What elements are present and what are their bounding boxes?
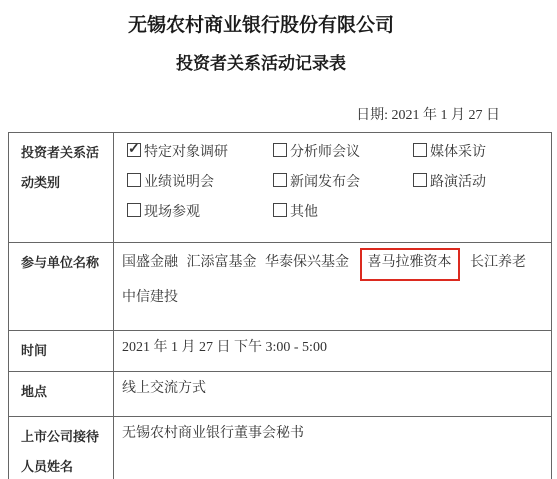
checkbox-icon	[413, 173, 427, 187]
document-header: 无锡农村商业银行股份有限公司 投资者关系活动记录表	[0, 0, 522, 74]
highlighted-participant: 喜马拉雅资本	[360, 248, 460, 281]
option-press-conference: 新闻发布会	[273, 168, 413, 198]
option-site-visit: 现场参观	[127, 198, 273, 228]
row-label-time: 时间	[9, 331, 114, 372]
participants-before: 国盛金融 汇添富基金 华泰保兴基金	[122, 255, 349, 270]
row-location: 地点 线上交流方式	[9, 372, 552, 417]
checkbox-icon	[273, 203, 287, 217]
option-label: 现场参观	[144, 205, 200, 220]
activity-type-cell: 特定对象调研 分析师会议 媒体采访 业绩说明会 新闻发布会 路演活动 现场参观 …	[114, 133, 552, 243]
location-value: 线上交流方式	[122, 374, 545, 402]
participants-line1: 国盛金融 汇添富基金 华泰保兴基金 喜马拉雅资本 长江养老	[122, 245, 545, 280]
participants-cell: 国盛金融 汇添富基金 华泰保兴基金 喜马拉雅资本 长江养老 中信建投	[114, 243, 552, 331]
option-label: 业绩说明会	[144, 175, 214, 190]
company-title: 无锡农村商业银行股份有限公司	[0, 0, 522, 37]
time-cell: 2021 年 1 月 27 日 下午 3:00 - 5:00	[114, 331, 552, 372]
receptionist-cell: 无锡农村商业银行董事会秘书	[114, 417, 552, 479]
row-label-activity-type: 投资者关系活动类别	[9, 133, 114, 243]
row-label-receptionist: 上市公司接待人员姓名	[9, 417, 114, 479]
checkbox-icon	[127, 173, 141, 187]
checkbox-icon	[413, 143, 427, 157]
option-label: 媒体采访	[430, 145, 486, 160]
option-label: 路演活动	[430, 175, 486, 190]
record-table: 投资者关系活动类别 特定对象调研 分析师会议 媒体采访 业绩说明会 新闻发布会 …	[8, 132, 552, 479]
row-participants: 参与单位名称 国盛金融 汇添富基金 华泰保兴基金 喜马拉雅资本 长江养老 中信建…	[9, 243, 552, 331]
participants-after: 长江养老	[470, 255, 526, 270]
option-other: 其他	[273, 198, 413, 228]
date-line: 日期: 2021 年 1 月 27 日	[0, 107, 500, 124]
row-receptionist: 上市公司接待人员姓名 无锡农村商业银行董事会秘书	[9, 417, 552, 479]
row-label-location: 地点	[9, 372, 114, 417]
document-subtitle: 投资者关系活动记录表	[0, 54, 522, 74]
option-label: 特定对象调研	[144, 145, 228, 160]
participants-line2: 中信建投	[122, 280, 545, 315]
option-label: 其他	[290, 205, 318, 220]
option-analyst-meeting: 分析师会议	[273, 138, 413, 168]
option-earnings-briefing: 业绩说明会	[127, 168, 273, 198]
receptionist-value: 无锡农村商业银行董事会秘书	[122, 419, 545, 447]
option-label: 新闻发布会	[290, 175, 360, 190]
location-cell: 线上交流方式	[114, 372, 552, 417]
checkbox-icon	[127, 203, 141, 217]
row-label-participants: 参与单位名称	[9, 243, 114, 331]
checkbox-checked-icon	[127, 143, 141, 157]
checkbox-icon	[273, 173, 287, 187]
row-time: 时间 2021 年 1 月 27 日 下午 3:00 - 5:00	[9, 331, 552, 372]
document-page: 无锡农村商业银行股份有限公司 投资者关系活动记录表 日期: 2021 年 1 月…	[0, 0, 557, 479]
option-media-interview: 媒体采访	[413, 138, 545, 168]
row-activity-type: 投资者关系活动类别 特定对象调研 分析师会议 媒体采访 业绩说明会 新闻发布会 …	[9, 133, 552, 243]
time-value: 2021 年 1 月 27 日 下午 3:00 - 5:00	[122, 333, 545, 361]
checkbox-icon	[273, 143, 287, 157]
activity-type-options: 特定对象调研 分析师会议 媒体采访 业绩说明会 新闻发布会 路演活动 现场参观 …	[122, 135, 545, 228]
option-label: 分析师会议	[290, 145, 360, 160]
option-special-object-survey: 特定对象调研	[127, 138, 273, 168]
option-roadshow: 路演活动	[413, 168, 545, 198]
